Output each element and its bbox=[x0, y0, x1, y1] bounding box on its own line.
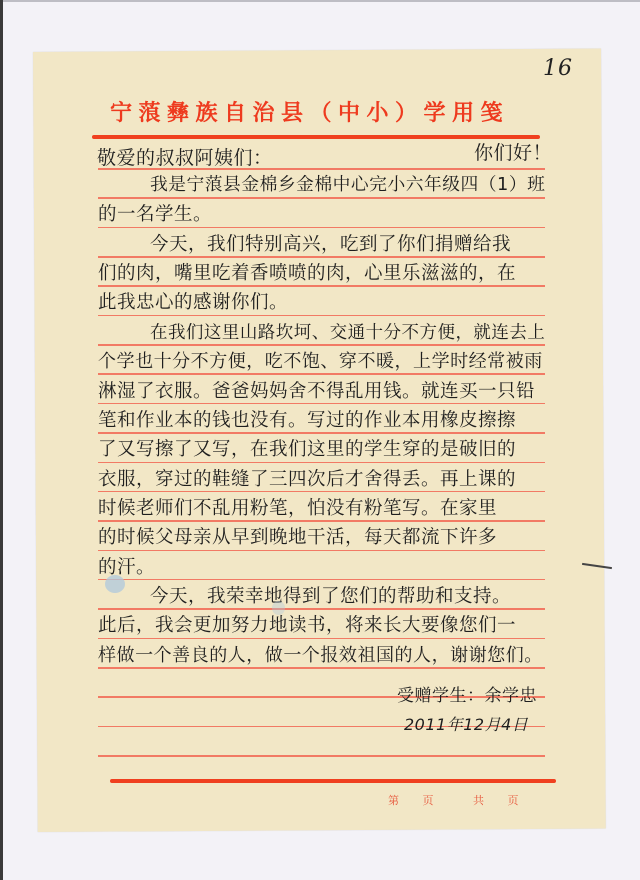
letter-line: 了又写擦了又写，在我们这里的学生穿的是破旧的 bbox=[98, 435, 516, 461]
ruled-line bbox=[98, 462, 545, 464]
ruled-line bbox=[98, 285, 545, 287]
correction-smudge bbox=[105, 575, 125, 593]
header-rule bbox=[92, 135, 540, 139]
letter-line: 样做一个善良的人，做一个报效祖国的人，谢谢您们。 bbox=[98, 641, 543, 667]
letter-line: 的汗。 bbox=[98, 553, 155, 579]
ruled-line bbox=[98, 344, 545, 346]
letter-line: 衣服，穿过的鞋缝了三四次后才舍得丢。再上课的 bbox=[98, 465, 516, 491]
letter-line: 在我们这里山路坎坷、交通十分不方便，就连去上 bbox=[150, 318, 545, 343]
ruled-line bbox=[98, 373, 545, 375]
scan-edge-left bbox=[0, 0, 3, 880]
letter-line: 时候老师们不乱用粉笔，怕没有粉笔写。在家里 bbox=[98, 494, 497, 520]
ruled-line bbox=[98, 667, 545, 669]
letter-line: 我是宁蒗县金棉乡金棉中心完小六年级四（1）班 bbox=[150, 171, 545, 196]
ruled-line bbox=[98, 227, 545, 229]
correction-smudge bbox=[272, 601, 285, 615]
letter-line: 此我忠心的感谢你们。 bbox=[98, 288, 288, 314]
greeting: 你们好！ bbox=[474, 138, 552, 165]
signature: 受赠学生：余学忠 bbox=[397, 681, 537, 706]
ruled-line bbox=[98, 432, 545, 434]
ruled-line bbox=[98, 638, 545, 640]
salutation: 敬爱的叔叔阿姨们： bbox=[97, 143, 273, 170]
footer-total-label: 共 页 bbox=[473, 792, 529, 808]
ruled-line bbox=[98, 197, 545, 199]
ruled-line bbox=[98, 256, 545, 258]
letter-line: 今天，我荣幸地得到了您们的帮助和支持。 bbox=[150, 582, 511, 608]
letter-line: 淋湿了衣服。爸爸妈妈舍不得乱用钱。就连买一只铅 bbox=[98, 377, 535, 403]
ruled-line bbox=[98, 520, 545, 522]
letterhead-title: 宁蒗彝族自治县（中小）学用笺 bbox=[110, 96, 530, 127]
letter-line: 此后，我会更加努力地读书，将来长大要像您们一 bbox=[98, 611, 516, 637]
page-number-mark: 16 bbox=[543, 56, 573, 81]
ruled-line bbox=[98, 315, 545, 317]
letter-line: 笔和作业本的钱也没有。写过的作业本用橡皮擦擦 bbox=[98, 406, 516, 432]
letter-line: 今天，我们特别高兴，吃到了你们捐赠给我 bbox=[150, 230, 511, 256]
letter-line: 个学也十分不方便，吃不饱、穿不暖，上学时经常被雨 bbox=[98, 347, 543, 373]
ruled-line bbox=[98, 608, 545, 610]
letter-line: 的时候父母亲从早到晚地干活，每天都流下许多 bbox=[98, 523, 497, 549]
footer-page-label: 第 页 bbox=[388, 792, 444, 808]
ruled-line bbox=[98, 550, 545, 552]
footer-rule bbox=[110, 779, 556, 783]
ruled-line bbox=[98, 403, 545, 405]
letter-line: 的一名学生。 bbox=[98, 200, 212, 226]
ruled-line bbox=[98, 579, 545, 581]
date: 2011年12月4日 bbox=[404, 712, 528, 735]
letter-line: 们的肉，嘴里吃着香喷喷的肉，心里乐滋滋的，在 bbox=[98, 259, 516, 285]
scan-edge-top bbox=[0, 0, 640, 2]
ruled-line bbox=[98, 755, 545, 757]
ruled-line bbox=[98, 491, 545, 493]
